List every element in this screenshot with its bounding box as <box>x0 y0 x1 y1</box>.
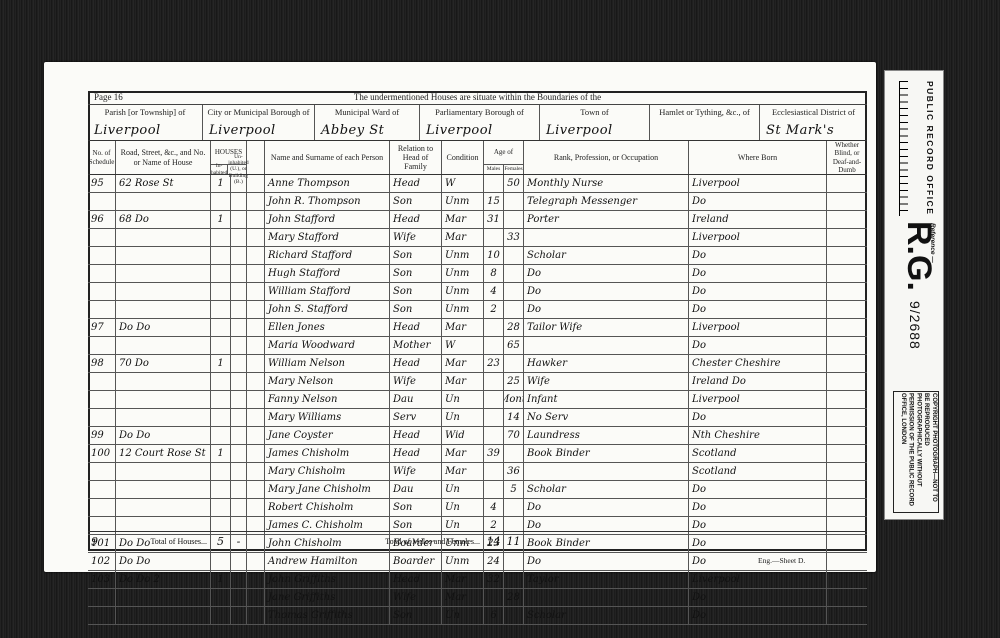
female-age-cell: 33 <box>504 229 524 246</box>
table-row: Fanny NelsonDauUn3 MonthsInfantLiverpool <box>88 391 867 409</box>
uninhabited-cell <box>231 463 247 480</box>
female-age-cell: 36 <box>504 463 524 480</box>
spacer-cell <box>247 247 265 264</box>
spacer-cell <box>247 499 265 516</box>
uninhabited-cell <box>231 553 247 570</box>
inhabited-cell <box>211 589 231 606</box>
blind-cell <box>827 409 867 426</box>
spacer-cell <box>247 607 265 624</box>
name-cell: Fanny Nelson <box>265 391 390 408</box>
inhabited-cell <box>211 409 231 426</box>
relation-cell: Head <box>390 319 442 336</box>
condition-cell: Mar <box>442 319 484 336</box>
birthplace-cell: Scotland <box>689 445 827 462</box>
census-rows: 9562 Rose St1Anne ThompsonHeadW50Monthly… <box>88 175 867 625</box>
parish-value: Liverpool <box>94 123 161 138</box>
uninhabited-cell <box>231 391 247 408</box>
condition-cell: W <box>442 337 484 354</box>
relation-cell: Head <box>390 571 442 588</box>
spacer-cell <box>247 319 265 336</box>
relation-cell: Son <box>390 193 442 210</box>
spacer-cell <box>247 445 265 462</box>
ward-value: Abbey St <box>321 123 384 138</box>
blind-cell <box>827 265 867 282</box>
birthplace-cell: Ireland <box>689 211 827 228</box>
birthplace-cell: Do <box>689 193 827 210</box>
totals-schedule-mark: 9 <box>88 532 116 551</box>
male-age-cell <box>484 481 504 498</box>
schedule-cell <box>88 265 116 282</box>
condition-cell: Un <box>442 391 484 408</box>
birthplace-cell: Do <box>689 265 827 282</box>
birthplace-cell: Liverpool <box>689 571 827 588</box>
inhabited-cell: 1 <box>211 355 231 372</box>
road-cell <box>116 247 211 264</box>
column-headers: No. of Schedule Road, Street, &c., and N… <box>88 141 867 175</box>
birthplace-cell: Do <box>689 589 827 606</box>
name-cell: John Stafford <box>265 211 390 228</box>
name-cell: Mary Nelson <box>265 373 390 390</box>
ecclesiastical-district-value: St Mark's <box>766 123 834 138</box>
relation-cell: Head <box>390 211 442 228</box>
table-row: Maria WoodwardMotherW65Do <box>88 337 867 355</box>
schedule-cell <box>88 391 116 408</box>
male-age-cell: 39 <box>484 445 504 462</box>
occupation-cell: Do <box>524 499 689 516</box>
female-age-cell: 28 <box>504 319 524 336</box>
totals-row: 9 Total of Houses... 5 - Total of Males … <box>88 531 867 551</box>
male-age-cell <box>484 319 504 336</box>
col-males: Males <box>484 165 504 174</box>
occupation-cell: Scholar <box>524 607 689 624</box>
name-cell: William Nelson <box>265 355 390 372</box>
road-cell: 68 Do <box>116 211 211 228</box>
relation-cell: Son <box>390 283 442 300</box>
inhabited-cell <box>211 229 231 246</box>
blind-cell <box>827 175 867 192</box>
schedule-cell <box>88 499 116 516</box>
office-name: PUBLIC RECORD OFFICE <box>925 81 935 215</box>
male-age-cell: 6 <box>484 607 504 624</box>
male-age-cell: 24 <box>484 553 504 570</box>
name-cell: Mary Chisholm <box>265 463 390 480</box>
occupation-cell: Infant <box>524 391 689 408</box>
male-age-cell <box>484 175 504 192</box>
female-age-cell <box>504 445 524 462</box>
hamlet-cell: Hamlet or Tything, &c., of <box>650 105 760 140</box>
total-houses-inhabited: 5 <box>211 532 231 551</box>
birthplace-cell: Do <box>689 499 827 516</box>
archive-reference-label: PUBLIC RECORD OFFICE R.G. Reference — 9/… <box>884 70 944 520</box>
inhabited-cell <box>211 193 231 210</box>
spacer-cell <box>247 355 265 372</box>
uninhabited-cell <box>231 445 247 462</box>
inhabited-cell <box>211 283 231 300</box>
condition-cell: Unm <box>442 193 484 210</box>
road-cell: Do Do <box>116 427 211 444</box>
male-age-cell: 31 <box>484 211 504 228</box>
female-age-cell: 65 <box>504 337 524 354</box>
borough-label: City or Municipal Borough of <box>207 107 310 117</box>
condition-cell: Mar <box>442 445 484 462</box>
borough-cell: City or Municipal Borough of Liverpool <box>203 105 315 140</box>
inhabited-cell: 1 <box>211 445 231 462</box>
condition-cell: Un <box>442 499 484 516</box>
condition-cell: Un <box>442 409 484 426</box>
relation-cell: Wife <box>390 589 442 606</box>
occupation-cell <box>524 337 689 354</box>
schedule-cell: 103 <box>88 571 116 588</box>
col-occupation: Rank, Profession, or Occupation <box>524 141 689 174</box>
road-cell <box>116 193 211 210</box>
occupation-cell: Laundress <box>524 427 689 444</box>
spacer-cell <box>247 175 265 192</box>
col-females: Females <box>504 165 523 174</box>
schedule-cell: 102 <box>88 553 116 570</box>
relation-cell: Son <box>390 301 442 318</box>
uninhabited-cell <box>231 175 247 192</box>
inhabited-cell: 1 <box>211 571 231 588</box>
condition-cell: Unm <box>442 553 484 570</box>
name-cell: Robert Chisholm <box>265 499 390 516</box>
schedule-cell: 100 <box>88 445 116 462</box>
table-row: 10012 Court Rose St1James ChisholmHeadMa… <box>88 445 867 463</box>
inhabited-cell <box>211 553 231 570</box>
uninhabited-cell <box>231 589 247 606</box>
inhabited-cell <box>211 463 231 480</box>
spacer-cell <box>247 427 265 444</box>
table-row: Richard StaffordSonUnm10ScholarDo <box>88 247 867 265</box>
road-cell: Do Do <box>116 553 211 570</box>
relation-cell: Mother <box>390 337 442 354</box>
location-header: Parish [or Township] of Liverpool City o… <box>88 105 867 141</box>
blind-cell <box>827 247 867 264</box>
table-row: 9562 Rose St1Anne ThompsonHeadW50Monthly… <box>88 175 867 193</box>
female-age-cell <box>504 571 524 588</box>
condition-cell: Mar <box>442 211 484 228</box>
uninhabited-cell <box>231 607 247 624</box>
col-inhabited: In-habited <box>211 165 228 174</box>
blind-cell <box>827 481 867 498</box>
table-row: John S. StaffordSonUnm2DoDo <box>88 301 867 319</box>
male-age-cell: 15 <box>484 193 504 210</box>
relation-cell: Head <box>390 175 442 192</box>
uninhabited-cell <box>231 229 247 246</box>
female-age-cell <box>504 193 524 210</box>
female-age-cell <box>504 247 524 264</box>
occupation-cell: Scholar <box>524 247 689 264</box>
parliamentary-borough-label: Parliamentary Borough of <box>424 107 535 117</box>
birthplace-cell: Do <box>689 247 827 264</box>
birthplace-cell: Liverpool <box>689 229 827 246</box>
table-row: Thomas GriffithsSonUn6ScholarDo <box>88 607 867 625</box>
inhabited-cell <box>211 481 231 498</box>
col-born: Where Born <box>689 141 827 174</box>
uninhabited-cell <box>231 247 247 264</box>
condition-cell: Mar <box>442 355 484 372</box>
schedule-cell <box>88 301 116 318</box>
table-row: Mary ChisholmWifeMar36Scotland <box>88 463 867 481</box>
road-cell <box>116 229 211 246</box>
relation-cell: Wife <box>390 373 442 390</box>
blind-cell <box>827 463 867 480</box>
col-spacer <box>247 141 265 174</box>
female-age-cell: 50 <box>504 175 524 192</box>
inhabited-cell <box>211 319 231 336</box>
schedule-cell <box>88 283 116 300</box>
name-cell: William Stafford <box>265 283 390 300</box>
table-row: 9870 Do1William NelsonHeadMar23HawkerChe… <box>88 355 867 373</box>
uninhabited-cell <box>231 427 247 444</box>
name-cell: Jane Griffiths <box>265 589 390 606</box>
spacer-cell <box>247 553 265 570</box>
occupation-cell: No Serv <box>524 409 689 426</box>
col-road: Road, Street, &c., and No. or Name of Ho… <box>116 141 211 174</box>
blind-cell <box>827 211 867 228</box>
uninhabited-cell <box>231 337 247 354</box>
male-age-cell: 2 <box>484 301 504 318</box>
condition-cell: Un <box>442 607 484 624</box>
condition-cell: Unm <box>442 247 484 264</box>
table-row: Mary Jane ChisholmDauUn5ScholarDo <box>88 481 867 499</box>
name-cell: Maria Woodward <box>265 337 390 354</box>
birthplace-cell: Ireland Do <box>689 373 827 390</box>
road-cell <box>116 283 211 300</box>
birthplace-cell: Chester Cheshire <box>689 355 827 372</box>
col-houses: HOUSES In-habited Un-inhabited (U.), or … <box>211 141 247 174</box>
col-uninhabited: Un-inhabited (U.), or Building (B.) <box>228 165 248 174</box>
condition-cell: W <box>442 175 484 192</box>
road-cell <box>116 301 211 318</box>
blind-cell <box>827 283 867 300</box>
birthplace-cell: Liverpool <box>689 319 827 336</box>
table-row: Robert ChisholmSonUn4DoDo <box>88 499 867 517</box>
col-blind: Whether Blind, or Deaf-and-Dumb <box>827 141 867 174</box>
birthplace-cell: Do <box>689 481 827 498</box>
spacer-cell <box>247 571 265 588</box>
town-value: Liverpool <box>546 123 613 138</box>
male-age-cell: 23 <box>484 355 504 372</box>
col-age: Age of Males Females <box>484 141 524 174</box>
reference-number: 9/2688 <box>907 301 923 350</box>
condition-cell: Mar <box>442 229 484 246</box>
schedule-cell <box>88 247 116 264</box>
occupation-cell <box>524 229 689 246</box>
road-cell <box>116 391 211 408</box>
road-cell <box>116 463 211 480</box>
road-cell <box>116 373 211 390</box>
spacer-cell <box>247 589 265 606</box>
inhabited-cell: 1 <box>211 211 231 228</box>
condition-cell: Unm <box>442 265 484 282</box>
spacer-cell <box>247 229 265 246</box>
uninhabited-cell <box>231 319 247 336</box>
name-cell: Ellen Jones <box>265 319 390 336</box>
parliamentary-borough-value: Liverpool <box>426 123 493 138</box>
relation-cell: Dau <box>390 481 442 498</box>
condition-cell: Mar <box>442 571 484 588</box>
schedule-cell <box>88 481 116 498</box>
relation-cell: Head <box>390 355 442 372</box>
spacer-cell <box>247 481 265 498</box>
name-cell: James Chisholm <box>265 445 390 462</box>
name-cell: John Griffiths <box>265 571 390 588</box>
col-relation: Relation to Head of Family <box>390 141 442 174</box>
occupation-cell: Hawker <box>524 355 689 372</box>
relation-cell: Son <box>390 265 442 282</box>
birthplace-cell: Scotland <box>689 463 827 480</box>
name-cell: John R. Thompson <box>265 193 390 210</box>
uninhabited-cell <box>231 373 247 390</box>
table-row: 97Do DoEllen JonesHeadMar28Tailor WifeLi… <box>88 319 867 337</box>
female-age-cell <box>504 265 524 282</box>
schedule-cell <box>88 373 116 390</box>
female-age-cell: 14 <box>504 409 524 426</box>
uninhabited-cell <box>231 409 247 426</box>
reference-label: Reference — <box>929 223 936 263</box>
uninhabited-cell <box>231 193 247 210</box>
parish-cell: Parish [or Township] of Liverpool <box>88 105 203 140</box>
schedule-cell <box>88 229 116 246</box>
relation-cell: Son <box>390 499 442 516</box>
female-age-cell <box>504 211 524 228</box>
name-cell: Hugh Stafford <box>265 265 390 282</box>
blind-cell <box>827 427 867 444</box>
ruler-scale <box>899 81 926 216</box>
relation-cell: Son <box>390 247 442 264</box>
male-age-cell: 8 <box>484 265 504 282</box>
occupation-cell: Scholar <box>524 481 689 498</box>
occupation-cell: Tailor Wife <box>524 319 689 336</box>
female-age-cell <box>504 301 524 318</box>
table-row: 103Do Do 21John GriffithsHeadMar32Taylor… <box>88 571 867 589</box>
town-cell: Town of Liverpool <box>540 105 650 140</box>
occupation-cell: Wife <box>524 373 689 390</box>
table-row: Mary WilliamsServUn14No ServDo <box>88 409 867 427</box>
relation-cell: Wife <box>390 463 442 480</box>
male-age-cell: 4 <box>484 283 504 300</box>
form-banner: Page 16 The undermentioned Houses are si… <box>88 91 867 105</box>
male-age-cell <box>484 409 504 426</box>
spacer-cell <box>247 409 265 426</box>
schedule-cell <box>88 409 116 426</box>
schedule-cell: 97 <box>88 319 116 336</box>
table-row: John R. ThompsonSonUnm15Telegraph Messen… <box>88 193 867 211</box>
uninhabited-cell <box>231 499 247 516</box>
condition-cell: Wid <box>442 427 484 444</box>
table-row: 102Do DoAndrew HamiltonBoarderUnm24DoDo <box>88 553 867 571</box>
male-age-cell: 4 <box>484 499 504 516</box>
table-row: William StaffordSonUnm4DoDo <box>88 283 867 301</box>
blind-cell <box>827 355 867 372</box>
condition-cell: Mar <box>442 589 484 606</box>
spacer-cell <box>247 391 265 408</box>
occupation-cell: Do <box>524 265 689 282</box>
name-cell: Thomas Griffiths <box>265 607 390 624</box>
blind-cell <box>827 319 867 336</box>
total-persons-label: Total of Males and Females... <box>247 532 484 551</box>
road-cell <box>116 589 211 606</box>
occupation-cell: Book Binder <box>524 445 689 462</box>
male-age-cell <box>484 391 504 408</box>
inhabited-cell <box>211 337 231 354</box>
ward-cell: Municipal Ward of Abbey St <box>315 105 420 140</box>
table-row: Mary StaffordWifeMar33Liverpool <box>88 229 867 247</box>
name-cell: Mary Stafford <box>265 229 390 246</box>
road-cell <box>116 265 211 282</box>
name-cell: John S. Stafford <box>265 301 390 318</box>
schedule-cell: 99 <box>88 427 116 444</box>
male-age-cell: 32 <box>484 571 504 588</box>
table-row: Hugh StaffordSonUnm8DoDo <box>88 265 867 283</box>
birthplace-cell: Nth Cheshire <box>689 427 827 444</box>
parliamentary-borough-cell: Parliamentary Borough of Liverpool <box>420 105 540 140</box>
total-males: 14 <box>484 532 504 551</box>
birthplace-cell: Do <box>689 337 827 354</box>
inhabited-cell <box>211 427 231 444</box>
female-age-cell: 3 Months <box>504 391 524 408</box>
schedule-cell: 95 <box>88 175 116 192</box>
relation-cell: Boarder <box>390 553 442 570</box>
male-age-cell <box>484 589 504 606</box>
totals-blank <box>524 532 867 551</box>
birthplace-cell: Do <box>689 283 827 300</box>
occupation-cell: Telegraph Messenger <box>524 193 689 210</box>
inhabited-cell <box>211 499 231 516</box>
occupation-cell: Do <box>524 283 689 300</box>
spacer-cell <box>247 463 265 480</box>
female-age-cell: 25 <box>504 373 524 390</box>
female-age-cell: 5 <box>504 481 524 498</box>
name-cell: Mary Jane Chisholm <box>265 481 390 498</box>
birthplace-cell: Do <box>689 301 827 318</box>
spacer-cell <box>247 193 265 210</box>
name-cell: Mary Williams <box>265 409 390 426</box>
male-age-cell <box>484 463 504 480</box>
schedule-cell: 96 <box>88 211 116 228</box>
blind-cell <box>827 373 867 390</box>
uninhabited-cell <box>231 283 247 300</box>
road-cell <box>116 409 211 426</box>
name-cell: Jane Coyster <box>265 427 390 444</box>
uninhabited-cell <box>231 211 247 228</box>
banner-title: The undermentioned Houses are situate wi… <box>88 92 867 102</box>
male-age-cell <box>484 229 504 246</box>
schedule-cell: 98 <box>88 355 116 372</box>
ecclesiastical-district-cell: Ecclesiastical District of St Mark's <box>760 105 867 140</box>
occupation-cell: Do <box>524 301 689 318</box>
blind-cell <box>827 607 867 624</box>
parish-label: Parish [or Township] of <box>92 107 198 117</box>
relation-cell: Dau <box>390 391 442 408</box>
birthplace-cell: Liverpool <box>689 175 827 192</box>
road-cell <box>116 607 211 624</box>
spacer-cell <box>247 265 265 282</box>
blind-cell <box>827 391 867 408</box>
blind-cell <box>827 589 867 606</box>
female-age-cell <box>504 553 524 570</box>
female-age-cell <box>504 499 524 516</box>
birthplace-cell: Do <box>689 409 827 426</box>
birthplace-cell: Liverpool <box>689 391 827 408</box>
uninhabited-cell <box>231 355 247 372</box>
uninhabited-cell <box>231 571 247 588</box>
table-row: 99Do DoJane CoysterHeadWid70LaundressNth… <box>88 427 867 445</box>
relation-cell: Head <box>390 445 442 462</box>
road-cell: 12 Court Rose St <box>116 445 211 462</box>
inhabited-cell <box>211 391 231 408</box>
schedule-cell <box>88 607 116 624</box>
